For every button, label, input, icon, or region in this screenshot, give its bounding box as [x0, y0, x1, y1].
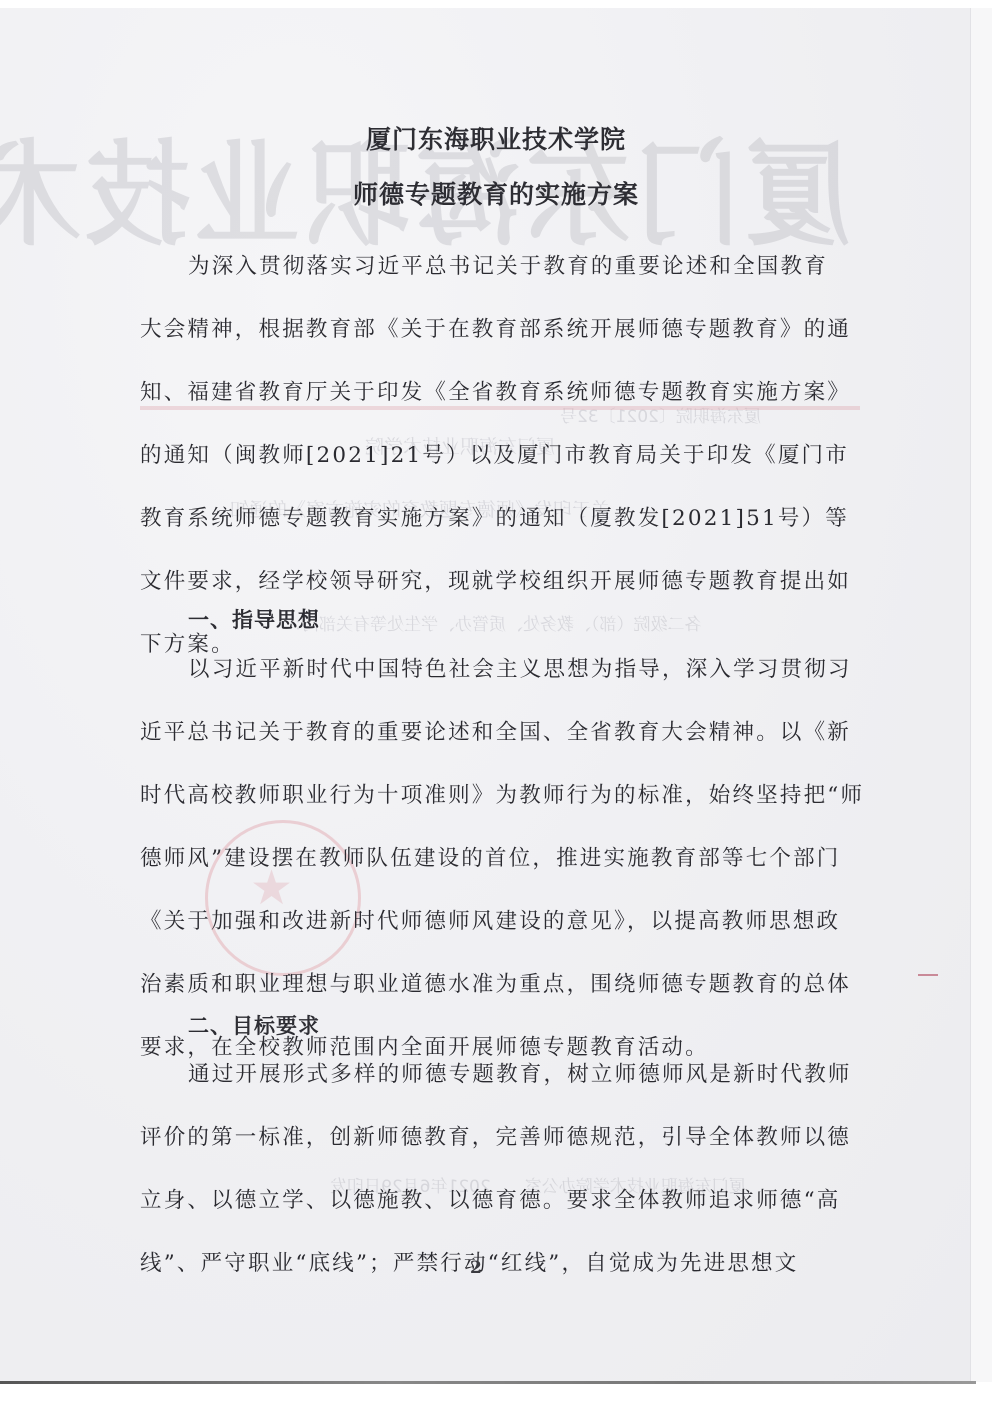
- document-subtitle: 师德专题教育的实施方案: [0, 175, 992, 211]
- red-pen-mark: [918, 974, 938, 976]
- paragraph-line: 文件要求，经学校领导研究，现就学校组织开展师德专题教育提出如: [140, 567, 820, 597]
- paragraph-line: 以习近平新时代中国特色社会主义思想为指导，深入学习贯彻习: [188, 655, 868, 685]
- page-number: 2: [470, 1258, 482, 1278]
- section-heading-guiding-ideology: 一、指导思想: [188, 604, 320, 634]
- page-edge-right: [970, 8, 992, 1382]
- paragraph-line: 《关于加强和改进新时代师德师风建设的意见》，以提高教师思想政: [140, 907, 820, 937]
- paragraph-line: 近平总书记关于教育的重要论述和全国、全省教育大会精神。以《新: [140, 718, 820, 748]
- page-edge-bottom: [0, 1381, 976, 1384]
- paragraph-line: 评价的第一标准，创新师德教育，完善师德规范，引导全体教师以德: [140, 1123, 820, 1153]
- paragraph-line: 通过开展形式多样的师德专题教育，树立师德师风是新时代教师: [188, 1060, 868, 1090]
- paragraph-line: 教育系统师德专题教育实施方案》的通知（厦教发[2021]51号）等: [140, 504, 820, 534]
- paragraph-line: 时代高校教师职业行为十项准则》为教师行为的标准，始终坚持把“师: [140, 781, 820, 811]
- section-heading-objectives: 二、目标要求: [188, 1010, 320, 1040]
- paragraph-line: 立身、以德立学、以德施教、以德育德。要求全体教师追求师德“高: [140, 1186, 820, 1216]
- paragraph-line: 大会精神，根据教育部《关于在教育部系统开展师德专题教育》的通: [140, 315, 820, 345]
- paragraph-line: 治素质和职业理想与职业道德水准为重点，围绕师德专题教育的总体: [140, 970, 820, 1000]
- paragraph-line: 德师风”建设摆在教师队伍建设的首位，推进实施教育部等七个部门: [140, 844, 820, 874]
- paragraph-line: 知、福建省教育厅关于印发《全省教育系统师德专题教育实施方案》: [140, 378, 820, 408]
- paragraph-line: 的通知（闽教师[2021]21号）以及厦门市教育局关于印发《厦门市: [140, 441, 820, 471]
- document-title: 厦门东海职业技术学院: [0, 120, 992, 156]
- paragraph-line: 为深入贯彻落实习近平总书记关于教育的重要论述和全国教育: [188, 252, 868, 282]
